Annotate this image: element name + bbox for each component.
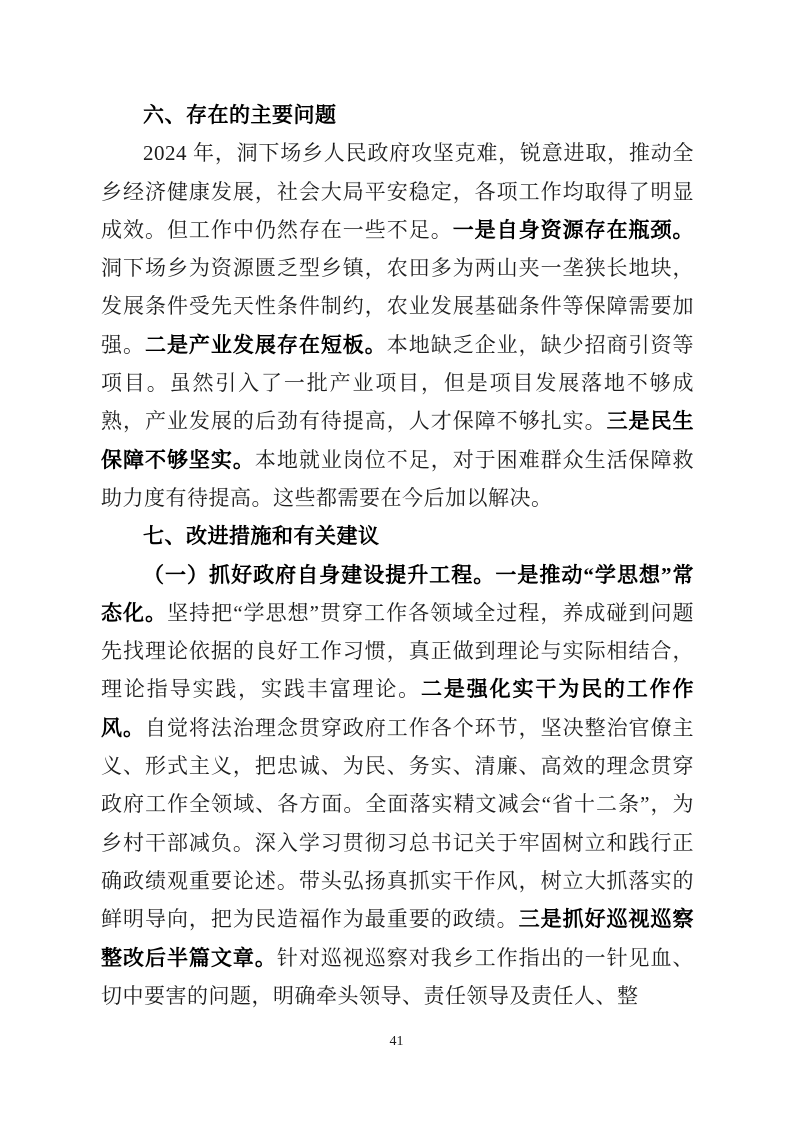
section-heading: 六、存在的主要问题 — [101, 96, 694, 134]
body-paragraph: 2024 年，洞下场乡人民政府攻坚克难，锐意进取，推动全乡经济健康发展，社会大局… — [101, 134, 694, 517]
emphasis-text-run: 二是产业发展存在短板。 — [145, 333, 387, 357]
body-paragraph: （一）抓好政府自身建设提升工程。一是推动“学思想”常态化。坚持把“学思想”贯穿工… — [101, 556, 694, 1016]
page-number: 41 — [390, 1034, 404, 1049]
page-footer: 41 — [0, 1032, 793, 1050]
section-heading: 七、改进措施和有关建议 — [101, 517, 694, 555]
document-body: 六、存在的主要问题2024 年，洞下场乡人民政府攻坚克难，锐意进取，推动全乡经济… — [101, 96, 694, 1015]
body-text-run: 自觉将法治理念贯穿政府工作各个环节，坚决整治官僚主义、形式主义，把忠诚、为民、务… — [101, 716, 694, 931]
emphasis-text-run: 一是自身资源存在瓶颈。 — [453, 218, 694, 242]
document-page: 六、存在的主要问题2024 年，洞下场乡人民政府攻坚克难，锐意进取，推动全乡经济… — [0, 0, 793, 1122]
